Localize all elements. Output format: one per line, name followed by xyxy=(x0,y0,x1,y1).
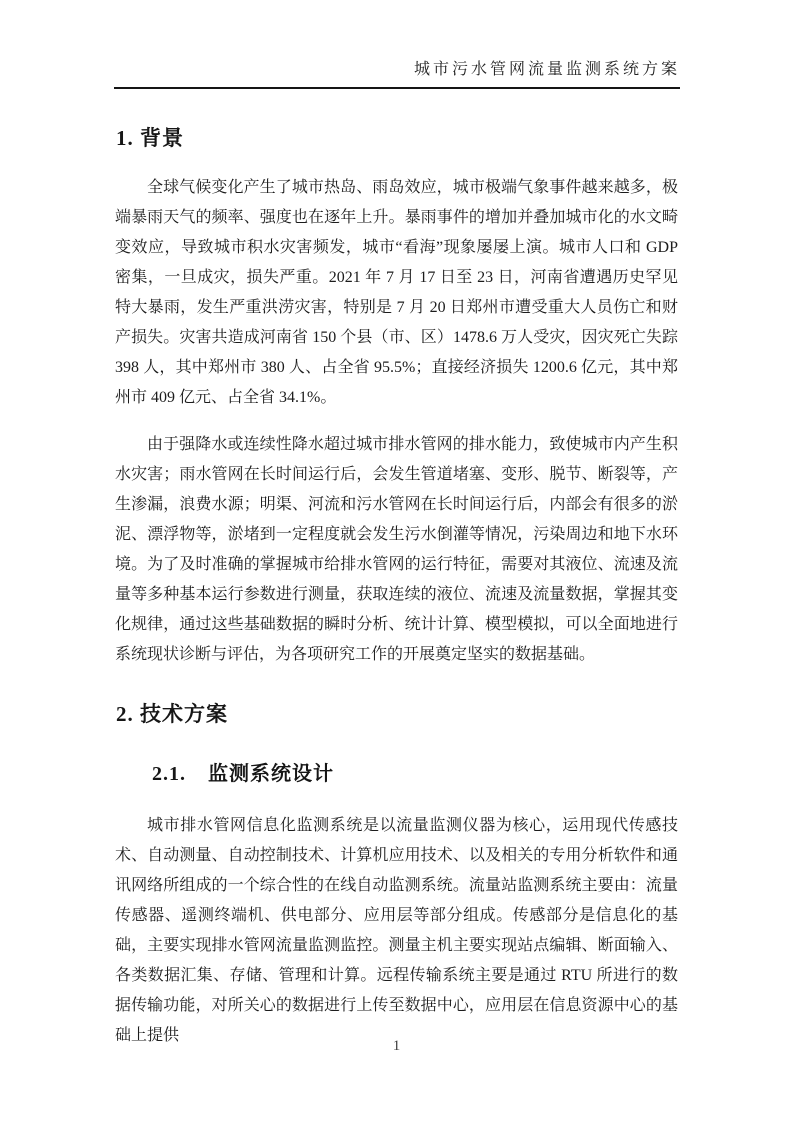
header-title: 城市污水管网流量监测系统方案 xyxy=(414,61,680,78)
heading-technical-plan: 2. 技术方案 xyxy=(116,700,228,728)
page-header: 城市污水管网流量监测系统方案 xyxy=(114,56,680,89)
paragraph-background-1: 全球气候变化产生了城市热岛、雨岛效应，城市极端气象事件越来越多，极端暴雨天气的频… xyxy=(115,173,678,413)
paragraph-design-1: 城市排水管网信息化监测系统是以流量监测仪器为核心，运用现代传感技术、自动测量、自… xyxy=(115,811,678,1051)
page-number: 1 xyxy=(393,1038,401,1054)
paragraph-background-2: 由于强降水或连续性降水超过城市排水管网的排水能力，致使城市内产生积水灾害；雨水管… xyxy=(115,430,678,670)
subheading-number: 2.1. xyxy=(152,763,186,785)
heading-monitoring-system-design: 2.1. 监测系统设计 xyxy=(152,761,334,788)
heading-background: 1. 背景 xyxy=(116,124,184,152)
subheading-title: 监测系统设计 xyxy=(208,763,334,785)
document-page: 城市污水管网流量监测系统方案 1. 背景 全球气候变化产生了城市热岛、雨岛效应，… xyxy=(0,0,793,1122)
page-footer: 1 xyxy=(0,1038,793,1055)
